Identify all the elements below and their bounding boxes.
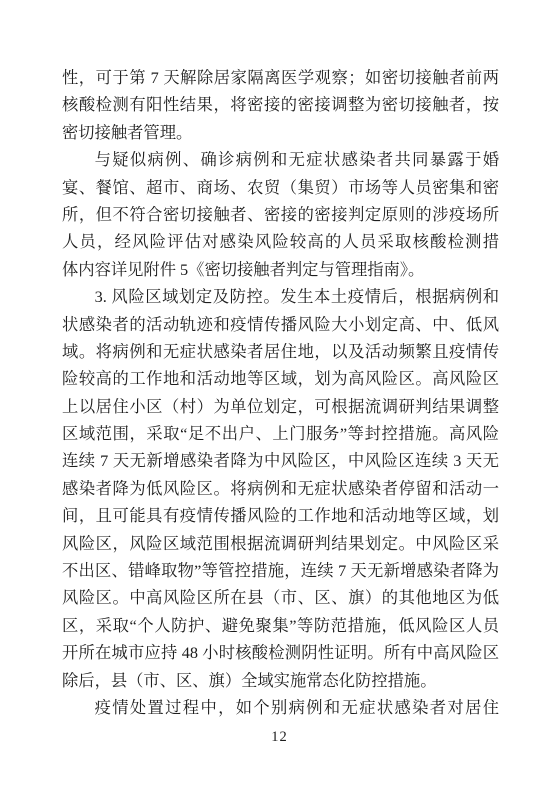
text-line: 与疑似病例、确诊病例和无症状感染者共同暴露于婚（丧） — [62, 146, 499, 173]
text-line: 感染者降为低风险区。将病例和无症状感染者停留和活动一定时 — [62, 475, 499, 502]
text-line: 区，采取“个人防护、避免聚集”等防范措施，低风险区人员离 — [62, 612, 499, 639]
text-line: 风险区。中高风险区所在县（市、区、旗）的其他地区为低风险 — [62, 584, 499, 611]
text-line: 3. 风险区域划定及防控。发生本土疫情后，根据病例和无症 — [62, 283, 499, 310]
text-line: 间，且可能具有疫情传播风险的工作地和活动地等区域，划为中 — [62, 502, 499, 529]
text-line: 状感染者的活动轨迹和疫情传播风险大小划定高、中、低风险区 — [62, 311, 499, 338]
document-body: 性，可于第 7 天解除居家隔离医学观察；如密切接触者前两次核酸检测有阳性结果，将… — [62, 64, 499, 721]
text-line: 上以居住小区（村）为单位划定，可根据流调研判结果调整风险 — [62, 393, 499, 420]
text-line: 疫情处置过程中，如个别病例和无症状感染者对居住地、工 — [62, 694, 499, 721]
text-line: 风险区，风险区域范围根据流调研判结果划定。中风险区采取“人 — [62, 530, 499, 557]
text-line: 宴、餐馆、超市、商场、农贸（集贸）市场等人员密集和密闭场 — [62, 174, 499, 201]
text-line: 性，可于第 7 天解除居家隔离医学观察；如密切接触者前两次 — [62, 64, 499, 91]
text-line: 体内容详见附件 5《密切接触者判定与管理指南》。 — [62, 256, 499, 283]
page-number: 12 — [0, 729, 559, 746]
paragraph: 3. 风险区域划定及防控。发生本土疫情后，根据病例和无症状感染者的活动轨迹和疫情… — [62, 283, 499, 694]
paragraph: 疫情处置过程中，如个别病例和无症状感染者对居住地、工 — [62, 694, 499, 721]
text-line: 连续 7 天无新增感染者降为中风险区，中风险区连续 3 天无新增 — [62, 447, 499, 474]
text-line: 除后，县（市、区、旗）全域实施常态化防控措施。 — [62, 667, 499, 694]
document-page: 性，可于第 7 天解除居家隔离医学观察；如密切接触者前两次核酸检测有阳性结果，将… — [0, 0, 559, 793]
text-line: 区域范围，采取“足不出户、上门服务”等封控措施。高风险区 — [62, 420, 499, 447]
text-line: 域。将病例和无症状感染者居住地，以及活动频繁且疫情传播风 — [62, 338, 499, 365]
text-line: 人员，经风险评估对感染风险较高的人员采取核酸检测措施，具 — [62, 228, 499, 255]
paragraph: 性，可于第 7 天解除居家隔离医学观察；如密切接触者前两次核酸检测有阳性结果，将… — [62, 64, 499, 146]
text-line: 所，但不符合密切接触者、密接的密接判定原则的涉疫场所暴露 — [62, 201, 499, 228]
text-line: 密切接触者管理。 — [62, 119, 499, 146]
paragraph: 与疑似病例、确诊病例和无症状感染者共同暴露于婚（丧）宴、餐馆、超市、商场、农贸（… — [62, 146, 499, 283]
text-line: 不出区、错峰取物”等管控措施，连续 7 天无新增感染者降为低 — [62, 557, 499, 584]
text-line: 险较高的工作地和活动地等区域，划为高风险区。高风险区原则 — [62, 365, 499, 392]
text-line: 开所在城市应持 48 小时核酸检测阴性证明。所有中高风险区解 — [62, 639, 499, 666]
text-line: 核酸检测有阳性结果，将密接的密接调整为密切接触者，按照 — [62, 91, 499, 118]
